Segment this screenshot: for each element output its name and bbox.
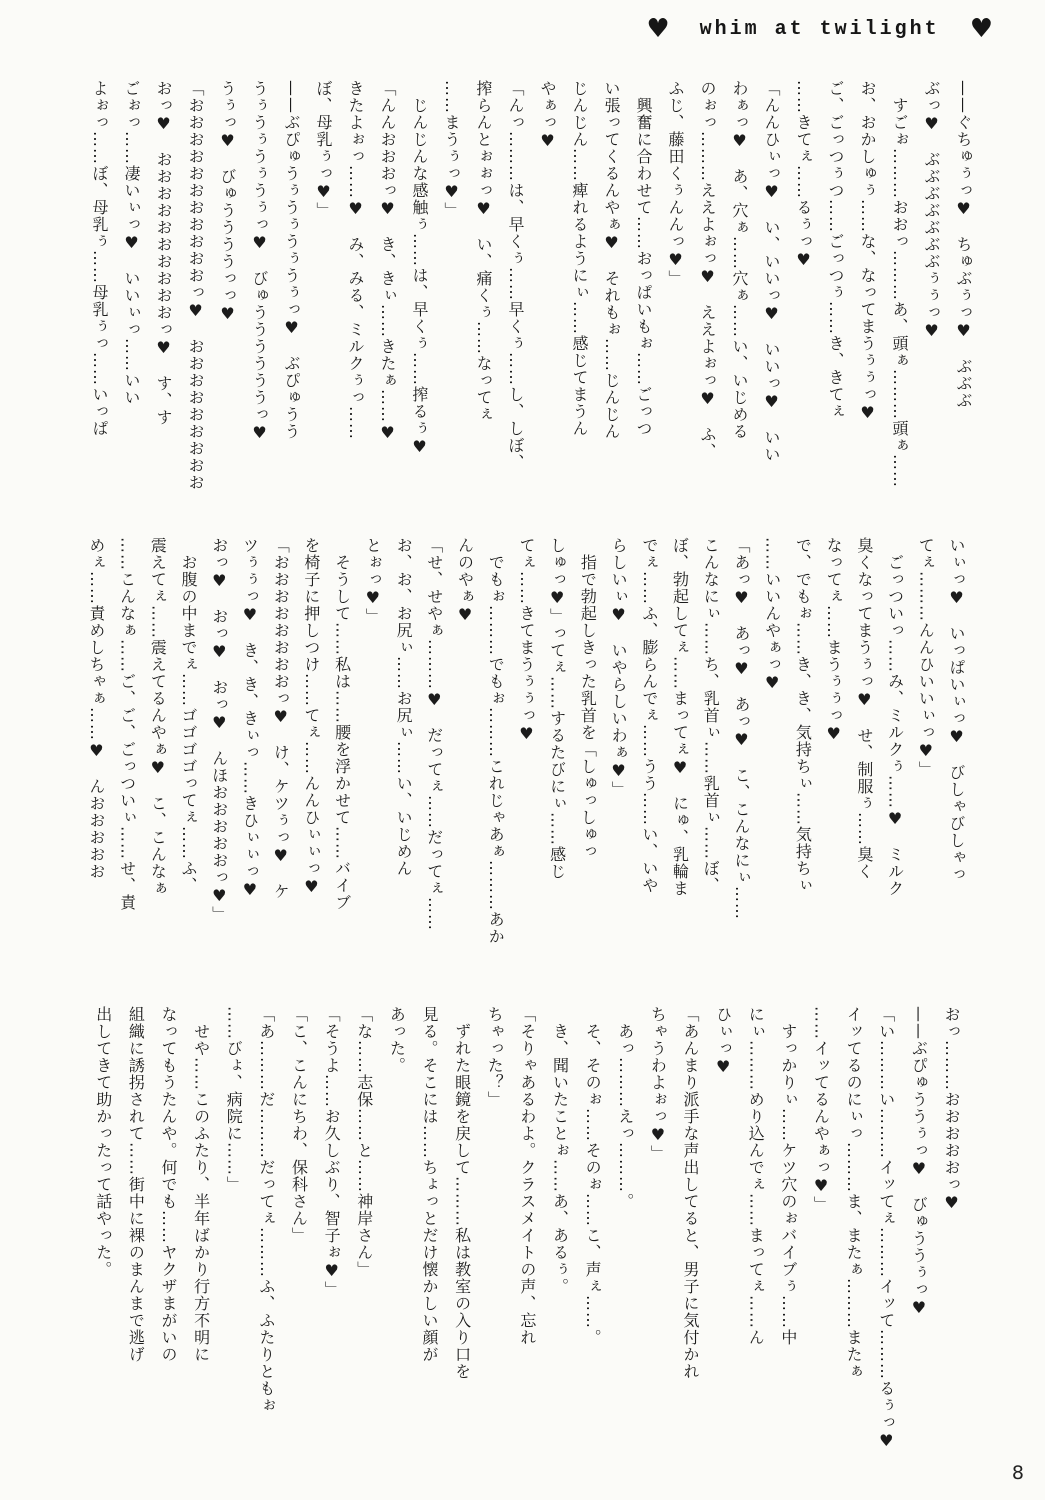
text-column: ふじ、藤田くぅんんっ♥」: [659, 80, 691, 542]
text-column: てぇ……きてまうぅぅっ♥: [510, 537, 541, 995]
text-column: ……こんなぁ……ご、ご、ごっついぃ……せ、責: [111, 537, 142, 995]
text-column: 「せ、せやぁ………♥ だってぇ……だってぇ……: [418, 537, 449, 995]
text-column: ご、ごっつぅつ……ごっつぅ……き、きてぇ: [819, 80, 851, 542]
text-column: イッてるのにぃっ………ま、またぁ………またぁ: [837, 1006, 870, 1474]
text-column: 「な……志保……と……神岸さん」: [347, 1006, 380, 1474]
text-column: なってぇ……まうぅぅっ♥: [817, 537, 848, 995]
text-column: うぅっ♥ びゅううううっっ♥: [211, 80, 243, 542]
text-column: 「んっ………は、早くぅ……早くぅ……し、しぼ、: [499, 80, 531, 542]
text-column: 「んんひぃっ♥ い、いいっ♥ いいっ♥ いい: [755, 80, 787, 542]
text-band-middle: いぃっ♥ いっぱいぃっ♥ びしゃびしゃってぇ………んんひいいぃっ♥」 ごっついっ…: [80, 537, 971, 995]
text-column: わぁっ♥ あ、穴ぁ……穴ぁ……い、いじめる: [723, 80, 755, 542]
text-column: 「おおおおおおおおっ♥ け、ケツぅっ♥ ケ: [264, 537, 295, 995]
text-column: 搾らんとぉぉっ♥ い、痛くぅ……なってぇ: [467, 80, 499, 542]
text-column: とぉっ♥」: [357, 537, 388, 995]
text-column: ごぉっ……凄いぃっ♥ いいぃっ……いい: [115, 80, 147, 542]
text-column: おっ♥ おおおおおおおおおおっ♥ す、す: [147, 80, 179, 542]
text-column: すごぉ………おおっ………あ、頭ぁ………頭ぁ……: [883, 80, 915, 542]
text-column: 興奮に合わせて……おっぱいもぉ……ごっつ: [627, 80, 659, 542]
text-column: そうして……私は……腰を浮かせて……バイブ: [326, 537, 357, 995]
text-column: 「い………い………イッてぇ………イッて………るぅっ♥: [869, 1006, 902, 1474]
text-column: お腹の中までぇ……ゴゴゴゴってぇ……ふ、: [172, 537, 203, 995]
heart-icon: ♥: [970, 16, 993, 42]
text-column: を椅子に押しつけ……てぇ……んんひぃぃっ♥: [295, 537, 326, 995]
text-column: 「そりゃあるわよ。クラスメイトの声、忘れ: [510, 1006, 543, 1474]
text-column: なってもうたんや。何でも……ヤクザまがいの: [151, 1006, 184, 1474]
text-column: のぉっ………ええよぉっ♥ ええよぉっ♥ ふ、: [691, 80, 723, 542]
text-column: やぁっ♥: [531, 80, 563, 542]
text-column: ……まうぅっ♥」: [435, 80, 467, 542]
text-band-top: ——ぐちゅぅっ♥ ちゅぶぅっ♥ ぶぶぶぶっ♥ ぶぶぶぶぶぶぶぅぅっ♥ すごぉ………: [83, 80, 979, 542]
page-title: whim at twilight: [700, 18, 940, 41]
text-column: あった。: [380, 1006, 413, 1474]
text-column: きたよぉっ……♥ み、みる、ミルクぅっ……: [339, 80, 371, 542]
text-column: でもぉ………でもぉ………これじゃあぁ………あか: [480, 537, 511, 995]
text-column: 「そうよ……お久しぶり、智子ぉ♥」: [315, 1006, 348, 1474]
text-column: めぇ……責めしちゃぁ……♥ んおおおおお: [80, 537, 111, 995]
heart-icon: ♥: [646, 16, 669, 42]
text-column: 「あ………だ………だってぇ………ふ、ふたりともぉ: [249, 1006, 282, 1474]
text-column: 臭くなってまうぅっ♥ せ、制服ぅ……臭く: [848, 537, 879, 995]
page-number: 8: [1012, 1462, 1024, 1484]
text-column: 「あっ♥ あっ♥ あっ♥ こ、こんなにぃ……: [725, 537, 756, 995]
text-column: おっ………おおおおおっ♥: [934, 1006, 967, 1474]
text-column: で、でもぉ……き、き、気持ちぃ……気持ちぃ: [787, 537, 818, 995]
text-column: 「こ、こんにちわ、保科さん」: [282, 1006, 315, 1474]
text-column: こんなにぃ……ち、乳首ぃ……乳首ぃ……ぼ、: [695, 537, 726, 995]
text-column: 「んんおおおっ♥ き、きぃ……きたぁ……♥: [371, 80, 403, 542]
text-column: 組織に誘拐されて……街中に裸のまんまで逃げ: [119, 1006, 152, 1474]
page-header: ♥ whim at twilight ♥: [646, 16, 993, 42]
text-column: ……いいんやぁっ♥: [756, 537, 787, 995]
text-column: よぉっ……ぼ、母乳ぅ……母乳ぅっ……いっぱ: [83, 80, 115, 542]
text-column: ちゃった？」: [478, 1006, 511, 1474]
text-column: い張ってくるんやぁ♥ それもぉ……じんじん: [595, 80, 627, 542]
text-column: ちゃうわよぉっ♥」: [641, 1006, 674, 1474]
text-column: お、お、お尻ぃ……お尻ぃ……い、いじめん: [387, 537, 418, 995]
text-column: てぇ………んんひいいぃっ♥」: [910, 537, 941, 995]
text-column: せや……このふたり、半年ばかり行方不明に: [184, 1006, 217, 1474]
text-column: ひぃっ♥: [706, 1006, 739, 1474]
text-column: そ、そのぉ……そのぉ……こ、声ぇ……。: [576, 1006, 609, 1474]
text-column: 「あんまり派手な声出してると、男子に気付かれ: [673, 1006, 706, 1474]
text-column: ——ぶぴゅううぅっ♥ びゅううぅっ♥: [902, 1006, 935, 1474]
text-column: おっ♥ おっ♥ おっ♥ んほおおおおおっ♥」: [203, 537, 234, 995]
text-column: でぇ……ふ、膨らんでぇ……うう……い、いや: [633, 537, 664, 995]
text-column: 見る。そこには……ちょっとだけ懐かしい顔が: [412, 1006, 445, 1474]
text-column: ……イッてるんやぁっ♥」: [804, 1006, 837, 1474]
text-column: 出してきて助かったって話やった。: [86, 1006, 119, 1474]
text-column: あっ………えっ………。: [608, 1006, 641, 1474]
text-column: らしいぃ♥ いやらしいわぁ♥」: [602, 537, 633, 995]
text-column: ぶっ♥ ぶぶぶぶぶぶぶぅぅっ♥: [915, 80, 947, 542]
text-column: ……びょ、病院に……」: [217, 1006, 250, 1474]
text-column: き、聞いたことぉ……あ、あるぅ。: [543, 1006, 576, 1474]
text-column: ……きてぇ……るぅっ♥: [787, 80, 819, 542]
text-column: じんじんな感触ぅ……は、早くぅ……搾るぅ♥: [403, 80, 435, 542]
text-column: んのやぁ♥: [449, 537, 480, 995]
scanned-page: ♥ whim at twilight ♥ ——ぐちゅぅっ♥ ちゅぶぅっ♥ ぶぶぶ…: [0, 0, 1045, 1500]
text-column: 震えてぇ……震えてるんやぁ♥ こ、こんなぁ: [142, 537, 173, 995]
text-column: いぃっ♥ いっぱいぃっ♥ びしゃびしゃっ: [940, 537, 971, 995]
text-column: ずれた眼鏡を戻して………私は教室の入り口を: [445, 1006, 478, 1474]
text-column: ごっついっ……み、ミルクぅ……♥ ミルク: [879, 537, 910, 995]
text-band-bottom: おっ………おおおおおっ♥——ぶぴゅううぅっ♥ びゅううぅっ♥「い………い………イ…: [86, 1006, 967, 1474]
text-column: お、おかしゅぅ……な、なってまうぅぅっ♥: [851, 80, 883, 542]
text-column: 「おおおおおおおおおおおっ♥ おおおおおおおおお: [179, 80, 211, 542]
text-column: ——ぐちゅぅっ♥ ちゅぶぅっ♥ ぶぶぶ: [947, 80, 979, 542]
text-column: にぃ………めり込んでぇ……まってぇ……ん: [739, 1006, 772, 1474]
text-column: ぼ、母乳ぅっ♥」: [307, 80, 339, 542]
text-column: しゅっ♥」ってぇ……するたびにぃ……感じ: [541, 537, 572, 995]
text-column: ツぅぅっ♥ き、き、きぃっ……きひぃぃっ♥: [234, 537, 265, 995]
text-column: 指で勃起しきった乳首を「しゅっしゅっ: [572, 537, 603, 995]
text-column: ——ぶぴゅうぅうぅうぅうぅっ♥ ぶぴゅうう: [275, 80, 307, 542]
text-column: ぼ、勃起してぇ……まってぇ♥ にゅ、乳輪ま: [664, 537, 695, 995]
text-column: うぅうぅうぅうぅっ♥ びゅううううううっ♥: [243, 80, 275, 542]
text-column: じんじん……痺れるようにぃ……感じてまうん: [563, 80, 595, 542]
text-column: すっかりぃ……ケツ穴のぉバイブぅ……中: [771, 1006, 804, 1474]
